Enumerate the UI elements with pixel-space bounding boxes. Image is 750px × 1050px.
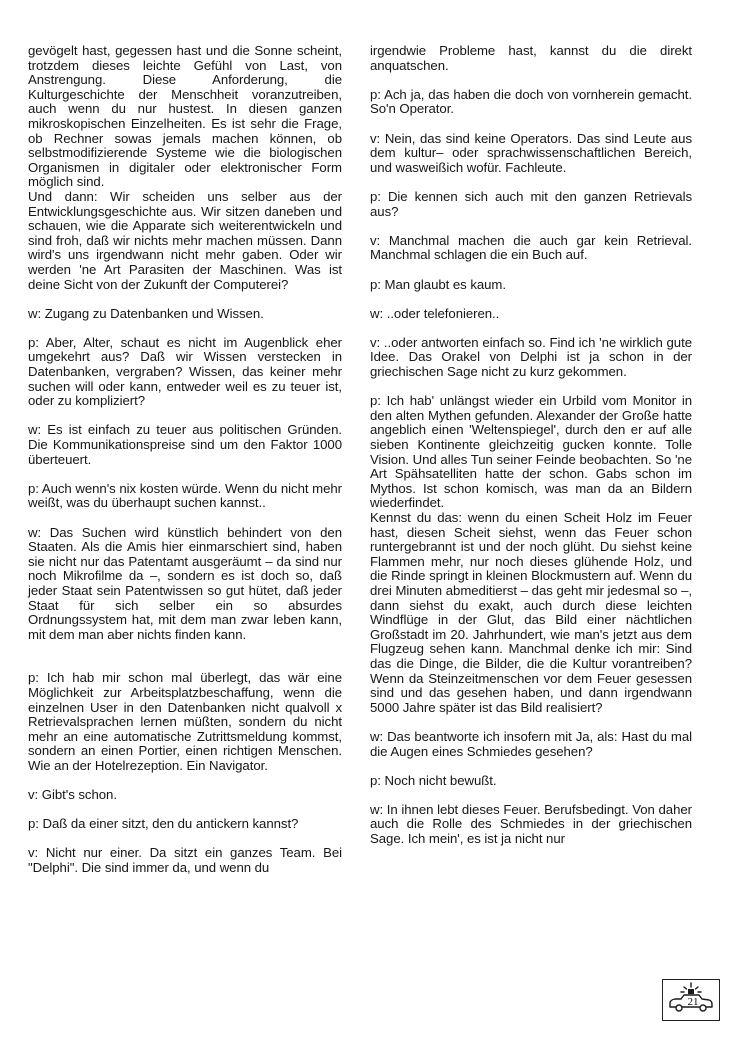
stray-dot: [164, 719, 166, 721]
paragraph: v: Nein, das sind keine Operators. Das s…: [370, 132, 692, 176]
paragraph: w: Es ist einfach zu teuer aus politisch…: [28, 423, 342, 467]
paragraph: p: Die kennen sich auch mit den ganzen R…: [370, 190, 692, 219]
paragraph: v: Manchmal machen die auch gar kein Re­…: [370, 234, 692, 263]
paragraph: irgendwie Probleme hast, kannst du die d…: [370, 44, 692, 73]
paragraph: p: Ich hab mir schon mal überlegt, das w…: [28, 671, 342, 773]
paragraph: w: Zugang zu Datenbanken und Wissen.: [28, 307, 342, 322]
paragraph: p: Aber, Alter, schaut es nicht im Augen…: [28, 336, 342, 409]
paragraph: v: ..oder antworten einfach so. Find ich…: [370, 336, 692, 380]
paragraph: w: Das Suchen wird künstlich behindert v…: [28, 526, 342, 643]
paragraph: p: Man glaubt es kaum.: [370, 278, 692, 293]
page-number: 21: [684, 997, 702, 1008]
right-column: irgendwie Probleme hast, kannst du die d…: [370, 44, 692, 861]
paragraph: Und dann: Wir scheiden uns selber aus de…: [28, 190, 342, 292]
paragraph: w: ..oder telefonieren..: [370, 307, 692, 322]
paragraph: w: Das beantworte ich insofern mit Ja, a…: [370, 730, 692, 759]
paragraph: p: Auch wenn's nix kosten würde. Wenn du…: [28, 482, 342, 511]
paragraph: p: Ach ja, das haben die doch von vornhe…: [370, 88, 692, 117]
paragraph: w: In ihnen lebt dieses Feuer. Berufsbed…: [370, 803, 692, 847]
paragraph: Kennst du das: wenn du einen Scheit Holz…: [370, 511, 692, 715]
paragraph: p: Ich hab' unlängst wieder ein Urbild v…: [370, 394, 692, 511]
paragraph: gevögelt hast, gegessen hast und die Son…: [28, 44, 342, 190]
paragraph: v: Gibt's schon.: [28, 788, 342, 803]
page-number-badge: 21: [662, 979, 720, 1021]
paragraph: p: Noch nicht bewußt.: [370, 774, 692, 789]
paragraph: v: Nicht nur einer. Da sitzt ein ganzes …: [28, 846, 342, 875]
left-column: gevögelt hast, gegessen hast und die Son…: [28, 44, 342, 890]
document-page: gevögelt hast, gegessen hast und die Son…: [0, 0, 750, 1050]
paragraph: p: Daß da einer sitzt, den du antickern …: [28, 817, 342, 832]
